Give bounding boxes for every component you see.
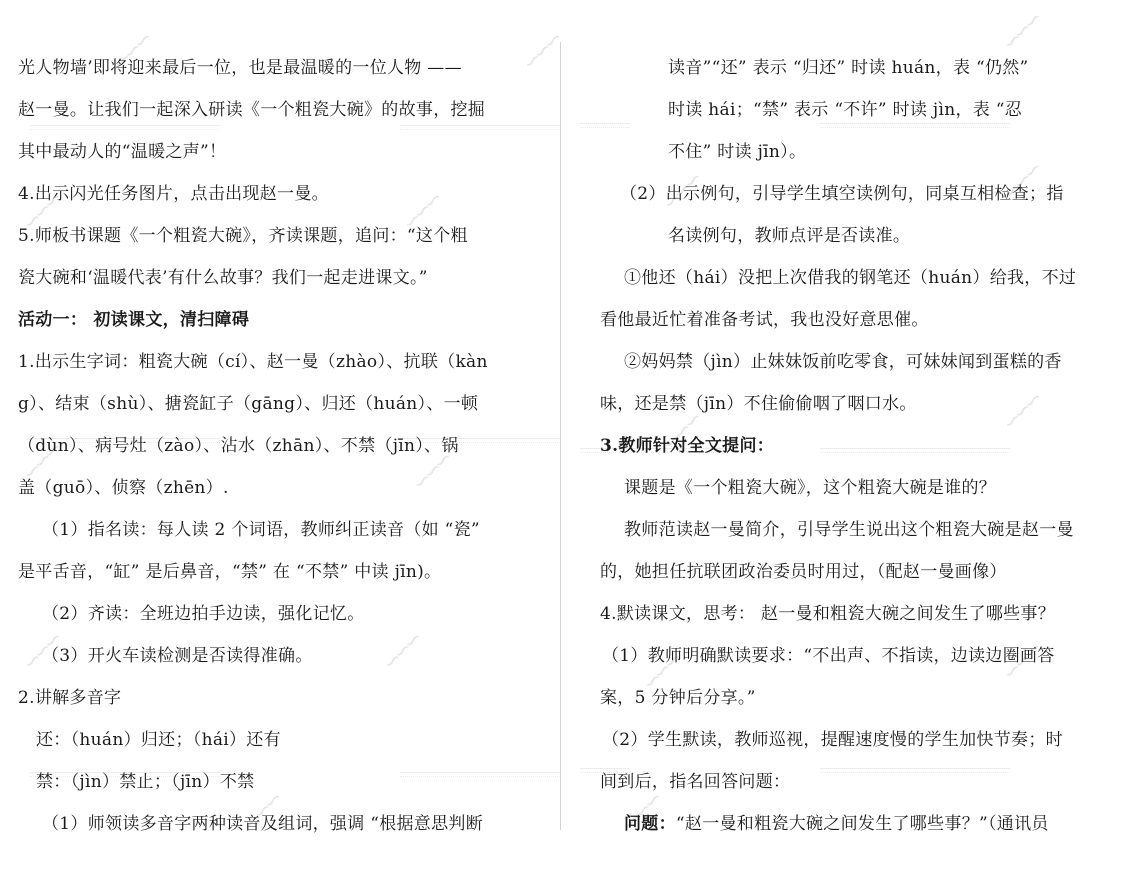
text-line: 不住” 时读 jīn）。 bbox=[600, 131, 1105, 173]
text-line: 1.出示生字词：粗瓷大碗（cí）、赵一曼（zhào）、抗联（kàn bbox=[18, 341, 523, 383]
text-line: 瓷大碗和‘温暖代表’有什么故事？我们一起走进课文。” bbox=[18, 257, 523, 299]
text-line: （dùn）、病号灶（zào）、沾水（zhān）、不禁（jīn）、锅 bbox=[18, 425, 523, 467]
question-line: 问题：“赵一曼和粗瓷大碗之间发生了哪些事？”（通讯员 bbox=[600, 803, 1105, 845]
text-line: 2.讲解多音字 bbox=[18, 677, 523, 719]
text-line: g）、结束（shù）、搪瓷缸子（gāng）、归还（huán）、一顿 bbox=[18, 383, 523, 425]
text-line: 盖（guō）、侦察（zhēn）. bbox=[18, 467, 523, 509]
text-line: 教师范读赵一曼简介，引导学生说出这个粗瓷大碗是赵一曼 bbox=[600, 509, 1105, 551]
text-line: （3）开火车读检测是否读得准确。 bbox=[18, 635, 523, 677]
watermark-glyph: ∽∽∽ bbox=[518, 28, 566, 76]
text-line: 还：（huán）归还；（hái）还有 bbox=[18, 719, 523, 761]
text-line: 的，她担任抗联团政治委员时用过，（配赵一曼画像） bbox=[600, 551, 1105, 593]
text-line: 4.出示闪光任务图片，点击出现赵一曼。 bbox=[18, 173, 523, 215]
text-line: （2）学生默读，教师巡视，提醒速度慢的学生加快节奏；时 bbox=[600, 719, 1105, 761]
text-line: （1）指名读：每人读 2 个词语，教师纠正读音（如 “瓷” bbox=[18, 509, 523, 551]
left-column: 光人物墙’即将迎来最后一位，也是最温暖的一位人物 —— 赵一曼。让我们一起深入研… bbox=[18, 47, 523, 845]
column-divider bbox=[560, 42, 561, 830]
text-line: 名读例句，教师点评是否读准。 bbox=[600, 215, 1105, 257]
text-line: （2）齐读：全班边拍手边读，强化记忆。 bbox=[18, 593, 523, 635]
text-line: ②妈妈禁（jìn）止妹妹饭前吃零食，可妹妹闻到蛋糕的香 bbox=[600, 341, 1105, 383]
text-line: 间到后，指名回答问题： bbox=[600, 761, 1105, 803]
text-line: 味，还是禁（jīn）不住偷偷咽了咽口水。 bbox=[600, 383, 1105, 425]
text-line: 是平舌音，“缸” 是后鼻音，“禁” 在 “不禁” 中读 jīn)。 bbox=[18, 551, 523, 593]
question-label: 问题： bbox=[624, 814, 676, 834]
text-line: （1）教师明确默读要求：“不出声、不指读，边读边圈画答 bbox=[600, 635, 1105, 677]
text-line: 5.师板书课题《一个粗瓷大碗》，齐读课题，追问：“这个粗 bbox=[18, 215, 523, 257]
text-line: 4.默读课文，思考： 赵一曼和粗瓷大碗之间发生了哪些事？ bbox=[600, 593, 1105, 635]
question-text: “赵一曼和粗瓷大碗之间发生了哪些事？”（通讯员 bbox=[676, 814, 1049, 834]
text-line: 案，5 分钟后分享。” bbox=[600, 677, 1105, 719]
text-line: 课题是《一个粗瓷大碗》，这个粗瓷大碗是谁的？ bbox=[600, 467, 1105, 509]
section-heading: 3.教师针对全文提问： bbox=[600, 425, 1105, 467]
text-line: （2）出示例句，引导学生填空读例句，同桌互相检查；指 bbox=[600, 173, 1105, 215]
text-line: ①他还（hái）没把上次借我的钢笔还（huán）给我，不过 bbox=[600, 257, 1105, 299]
text-line: 读音”“还” 表示 “归还” 时读 huán，表 “仍然” bbox=[600, 47, 1105, 89]
right-column: 读音”“还” 表示 “归还” 时读 huán，表 “仍然” 时读 hái；“禁”… bbox=[600, 47, 1105, 845]
section-heading: 活动一： 初读课文，清扫障碍 bbox=[18, 299, 523, 341]
text-line: 看他最近忙着准备考试，我也没好意思催。 bbox=[600, 299, 1105, 341]
text-line: 禁：（jìn）禁止；（jīn）不禁 bbox=[18, 761, 523, 803]
text-line: （1）师领读多音字两种读音及组词，强调 “根据意思判断 bbox=[18, 803, 523, 845]
text-line: 时读 hái；“禁” 表示 “不许” 时读 jìn，表 “忍 bbox=[600, 89, 1105, 131]
text-line: 赵一曼。让我们一起深入研读《一个粗瓷大碗》的故事，挖掘 bbox=[18, 89, 523, 131]
text-line: 其中最动人的“温暖之声”！ bbox=[18, 131, 523, 173]
text-line: 光人物墙’即将迎来最后一位，也是最温暖的一位人物 —— bbox=[18, 47, 523, 89]
